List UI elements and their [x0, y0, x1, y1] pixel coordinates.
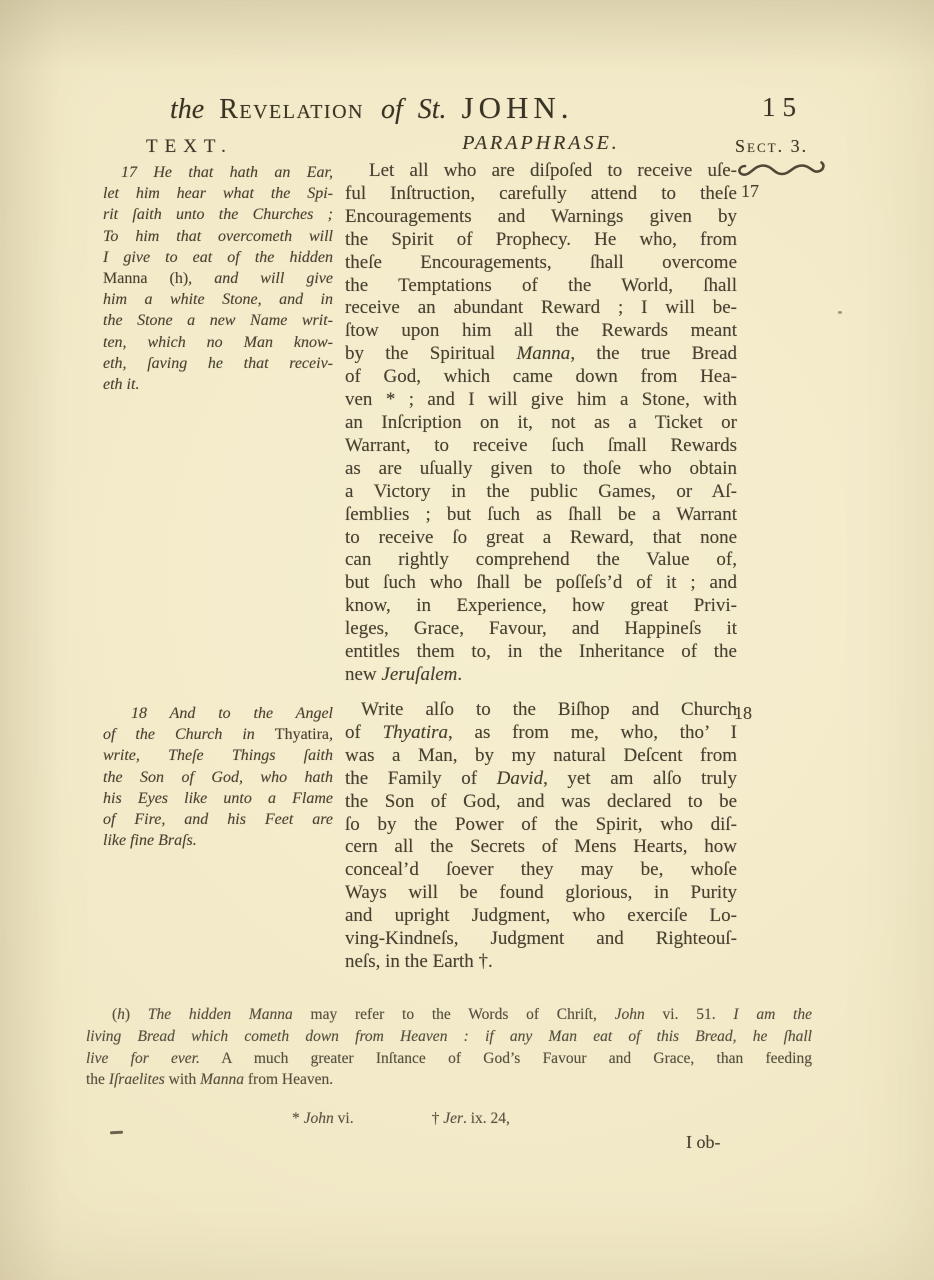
page-number: 15	[762, 92, 803, 123]
text-line: Write alſo to the Biſhop and Church	[345, 699, 737, 722]
section-ornament-squiggle-icon	[736, 157, 828, 183]
title-word-john: JOHN.	[462, 90, 574, 125]
text-line: an Inſcription on it, not as a Ticket or	[345, 412, 737, 435]
text-line: let him hear what the Spi-	[103, 183, 333, 204]
paraphrase-paragraph-1: Let all who are diſpoſed to receive uſe-…	[345, 160, 737, 687]
text-line: Warrant, to receive ſuch ſmall Rewards	[345, 435, 737, 458]
scripture-references: * John vi. † Jer. ix. 24,	[292, 1110, 510, 1128]
text-line: I give to eat of the hidden	[103, 247, 333, 268]
text-line: as are uſually given to thoſe who obtain	[345, 458, 737, 481]
text-line: the Family of David, yet am alſo truly	[345, 768, 737, 791]
section-header: Sect. 3.	[735, 136, 808, 157]
text-line: a Victory in the public Games, or Aſ-	[345, 481, 737, 504]
text-line: living Bread which cometh down from Heav…	[86, 1026, 812, 1048]
text-line: was a Man, by my natural Deſcent from	[345, 745, 737, 768]
text-line: new Jeruſalem.	[345, 664, 737, 687]
text-line: Encouragements and Warnings given by	[345, 206, 737, 229]
text-line: his Eyes like unto a Flame	[103, 788, 333, 809]
text-verse-18: 18 And to the Angelof the Church in Thya…	[103, 703, 333, 851]
reference-john: * John vi.	[292, 1110, 354, 1128]
text-line: cern all the Secrets of Mens Hearts, how	[345, 836, 737, 859]
text-line: ful Inſtruction, carefully attend to the…	[345, 183, 737, 206]
text-line: live for ever. A much greater Inſtance o…	[86, 1048, 812, 1070]
text-line: leges, Grace, Favour, and Happineſs it	[345, 618, 737, 641]
text-line: rit ſaith unto the Churches ;	[103, 204, 333, 225]
text-line: of Thyatira, as from me, who, tho’ I	[345, 722, 737, 745]
text-line: theſe Encouragements, ſhall overcome	[345, 252, 737, 275]
text-line: of the Church in Thyatira,	[103, 724, 333, 745]
text-line: and upright Judgment, who exerciſe Lo-	[345, 905, 737, 928]
text-line: (h) The hidden Manna may refer to the Wo…	[86, 1004, 812, 1026]
text-line: Let all who are diſpoſed to receive uſe-	[345, 160, 737, 183]
text-line: receive an abundant Reward ; I will be-	[345, 297, 737, 320]
text-line: eth, ſaving he that receiv-	[103, 353, 333, 374]
book-page: the Revelation of St. JOHN. 15 TEXT. PAR…	[0, 0, 934, 1280]
text-line: the Stone a new Name writ-	[103, 310, 333, 331]
title-word-st: St.	[418, 94, 447, 125]
reference-jeremiah: † Jer. ix. 24,	[432, 1110, 510, 1128]
text-line: ving-Kindneſs, Judgment and Righteouſ-	[345, 928, 737, 951]
text-line: but ſuch who ſhall be poſſeſs’d of it ; …	[345, 572, 737, 595]
title-word-revelation: Revelation	[219, 94, 364, 125]
text-line: neſs, in the Earth †.	[345, 951, 737, 974]
text-line: ten, which no Man know-	[103, 332, 333, 353]
text-verse-17: 17 He that hath an Ear,let him hear what…	[103, 162, 333, 395]
paraphrase-paragraph-2: Write alſo to the Biſhop and Churchof Th…	[345, 699, 737, 974]
text-line: the Son of God, and was declared to be	[345, 791, 737, 814]
text-line: Manna (h), and will give	[103, 268, 333, 289]
text-line: the Iſraelites with Manna from Heaven.	[86, 1069, 812, 1091]
text-line: 17 He that hath an Ear,	[103, 162, 333, 183]
text-line: entitles them to, in the Inheritance of …	[345, 641, 737, 664]
footnote-h: (h) The hidden Manna may refer to the Wo…	[86, 1004, 812, 1091]
text-line: ven * ; and I will give him a Stone, wit…	[345, 389, 737, 412]
verse-marker-17: 17	[741, 181, 759, 202]
ink-speck	[838, 311, 842, 314]
text-line: the Temptations of the World, ſhall	[345, 275, 737, 298]
text-line: ſo by the Power of the Spirit, who diſ-	[345, 814, 737, 837]
text-line: of Fire, and his Feet are	[103, 809, 333, 830]
paraphrase-column-header: PARAPHRASE.	[345, 132, 737, 155]
text-line: like fine Braſs.	[103, 830, 333, 851]
catchword: I ob-	[686, 1132, 721, 1153]
text-line: the Spirit of Prophecy. He who, from	[345, 229, 737, 252]
text-line: Ways will be found glorious, in Purity	[345, 882, 737, 905]
text-line: ſemblies ; but ſuch as ſhall be a Warran…	[345, 504, 737, 527]
text-line: him a white Stone, and in	[103, 289, 333, 310]
text-line: conceal’d ſoever they may be, whoſe	[345, 859, 737, 882]
text-line: know, in Experience, how great Privi-	[345, 595, 737, 618]
text-line: can rightly comprehend the Value of,	[345, 549, 737, 572]
text-line: of God, which came down from Hea-	[345, 366, 737, 389]
running-title: the Revelation of St. JOHN.	[170, 90, 574, 126]
text-line: the Son of God, who hath	[103, 767, 333, 788]
text-line: ſtow upon him all the Rewards meant	[345, 320, 737, 343]
title-word-the: the	[170, 94, 204, 125]
text-line: eth it.	[103, 374, 333, 395]
printing-mark	[110, 1131, 123, 1134]
text-column-header: TEXT.	[146, 136, 233, 158]
text-line: by the Spiritual Manna, the true Bread	[345, 343, 737, 366]
title-word-of: of	[381, 94, 403, 125]
text-line: write, Theſe Things ſaith	[103, 745, 333, 766]
text-line: 18 And to the Angel	[103, 703, 333, 724]
text-line: to receive ſo great a Reward, that none	[345, 527, 737, 550]
text-line: To him that overcometh will	[103, 226, 333, 247]
